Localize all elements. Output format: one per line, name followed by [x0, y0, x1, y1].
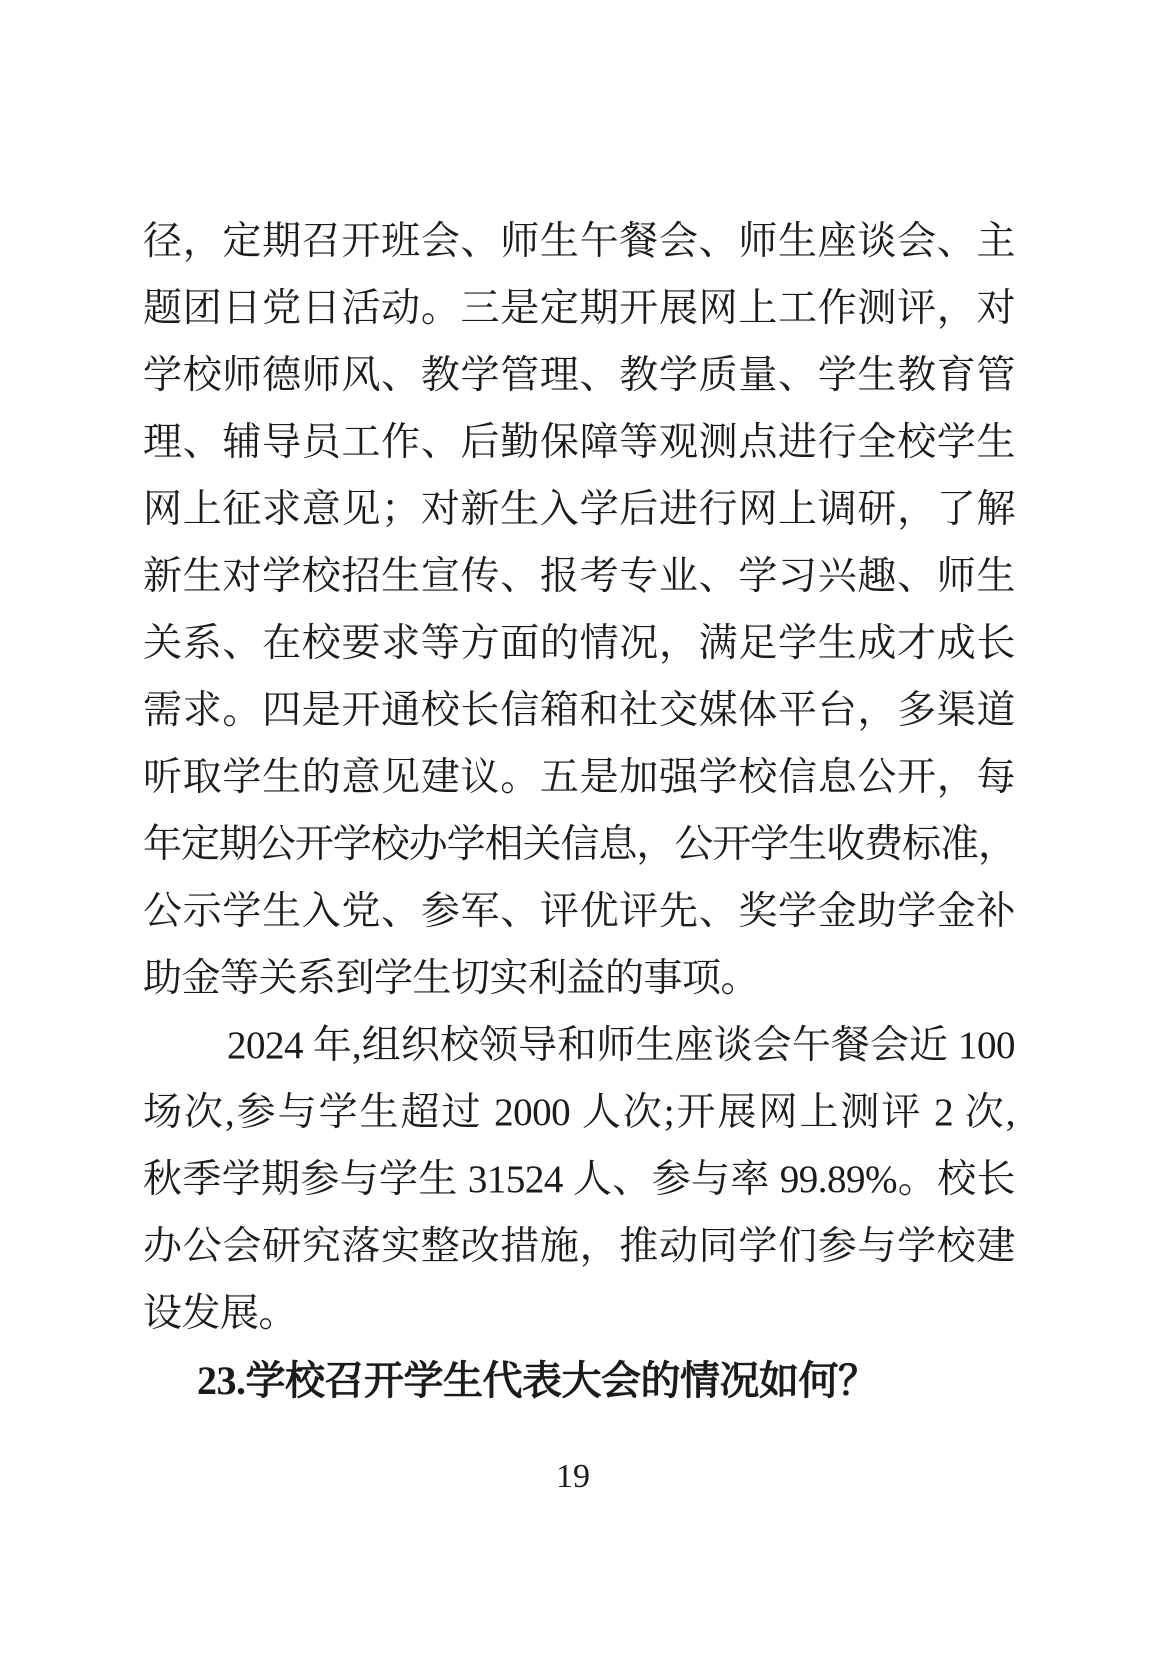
- document-page: 径，定期召开班会、师生午餐会、师生座谈会、主 题团日党日活动。三是定期开展网上工…: [0, 0, 1166, 1654]
- text-line: 秋季学期参与学生 31524 人、参与率 99.89%。校长: [143, 1146, 1015, 1213]
- text-line: 公示学生入党、参军、评优评先、奖学金助学金补: [143, 878, 1015, 945]
- text-line: 关系、在校要求等方面的情况，满足学生成才成长: [143, 610, 1015, 677]
- page-number: 19: [0, 1452, 1146, 1502]
- text-line: 需求。四是开通校长信箱和社交媒体平台，多渠道: [143, 677, 1015, 744]
- text-line: 听取学生的意见建议。五是加强学校信息公开，每: [143, 744, 1015, 811]
- text-line: 助金等关系到学生切实利益的事项。: [143, 945, 1015, 1012]
- body-text: 径，定期召开班会、师生午餐会、师生座谈会、主 题团日党日活动。三是定期开展网上工…: [143, 208, 1015, 1414]
- text-line: 网上征求意见；对新生入学后进行网上调研，了解: [143, 476, 1015, 543]
- text-line: 办公会研究落实整改措施，推动同学们参与学校建: [143, 1213, 1015, 1280]
- text-line: 设发展。: [143, 1280, 1015, 1347]
- text-line: 年定期公开学校办学相关信息，公开学生收费标准，: [143, 811, 1015, 878]
- text-line: 题团日党日活动。三是定期开展网上工作测评，对: [143, 275, 1015, 342]
- text-line: 场次,参与学生超过 2000 人次;开展网上测评 2 次,: [143, 1079, 1015, 1146]
- section-heading: 23.学校召开学生代表大会的情况如何？: [143, 1347, 1015, 1414]
- text-line: 理、辅导员工作、后勤保障等观测点进行全校学生: [143, 409, 1015, 476]
- text-line: 2024 年,组织校领导和师生座谈会午餐会近 100: [143, 1012, 1015, 1079]
- text-line: 新生对学校招生宣传、报考专业、学习兴趣、师生: [143, 543, 1015, 610]
- text-line: 学校师德师风、教学管理、教学质量、学生教育管: [143, 342, 1015, 409]
- text-line: 径，定期召开班会、师生午餐会、师生座谈会、主: [143, 208, 1015, 275]
